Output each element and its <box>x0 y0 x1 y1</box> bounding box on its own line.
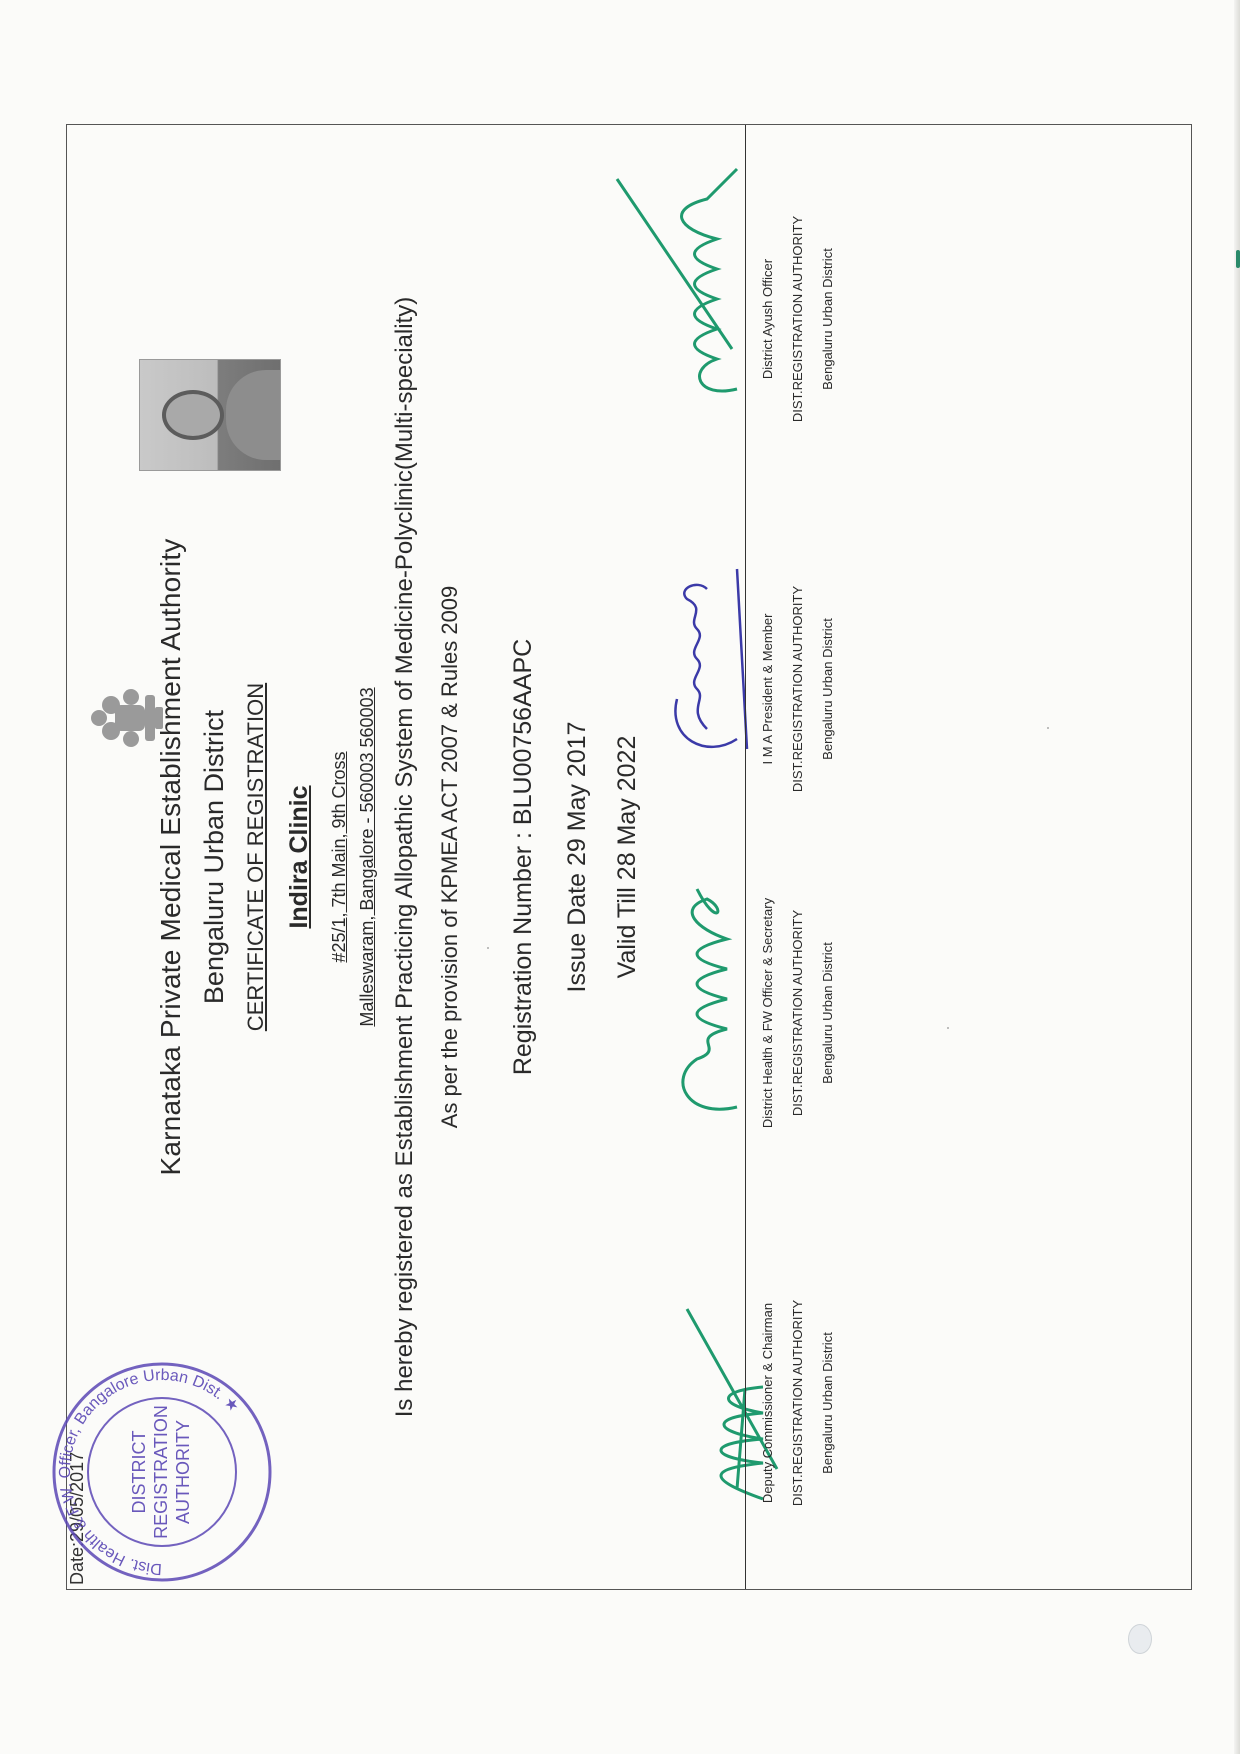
registration-number-label: Registration Number : <box>509 825 537 1075</box>
valid-till-value: 28 May 2022 <box>613 736 641 881</box>
signature-rule <box>745 125 746 1589</box>
establishment-name: Indira Clinic <box>285 125 314 1589</box>
signature-secretary <box>657 859 757 1119</box>
signatory-ima-president: I M A President & Member DIST.REGISTRATI… <box>753 509 843 869</box>
registration-number: Registration Number : BLU00756AAPC <box>509 125 538 1589</box>
district-authority-stamp-icon: Dist. Health & F.W. Officer, Bangalore U… <box>47 1357 277 1587</box>
signatory-role: I M A President & Member <box>753 509 783 869</box>
registration-number-value: BLU00756AAPC <box>509 639 537 825</box>
signature-ima-president <box>647 549 757 769</box>
signatory-district: Bengaluru Urban District <box>813 509 843 869</box>
punch-hole <box>1128 1624 1152 1654</box>
signature-ayush-officer <box>587 149 757 409</box>
signatory-chairman: Deputy Commissioner & Chairman DIST.REGI… <box>753 1223 843 1583</box>
address-line-1: #25/1, 7th Main, 9th Cross <box>329 125 350 1589</box>
svg-text:AUTHORITY: AUTHORITY <box>173 1420 193 1524</box>
signatory-role: Deputy Commissioner & Chairman <box>753 1223 783 1583</box>
signatory-role: District Ayush Officer <box>753 129 783 509</box>
certificate: Karnataka Private Medical Establishment … <box>66 124 1192 1590</box>
address-line-2: Malleswaram, Bangalore - 560003 560003 <box>357 125 378 1589</box>
act-statement: As per the provision of KPMEA ACT 2007 &… <box>437 125 463 1589</box>
signatory-district: Bengaluru Urban District <box>813 129 843 509</box>
signatory-district: Bengaluru Urban District <box>813 1223 843 1583</box>
signatory-role: District Health & FW Officer & Secretary <box>753 833 783 1193</box>
signatory-authority: DIST.REGISTRATION AUTHORITY <box>783 129 813 509</box>
signatory-authority: DIST.REGISTRATION AUTHORITY <box>783 1223 813 1583</box>
edge-mark <box>1236 250 1240 268</box>
valid-till-label: Valid Till <box>613 880 641 978</box>
issue-date-value: 29 May 2017 <box>563 722 591 867</box>
signatory-authority: DIST.REGISTRATION AUTHORITY <box>783 833 813 1193</box>
svg-text:DISTRICT: DISTRICT <box>129 1431 149 1514</box>
signatory-ayush-officer: District Ayush Officer DIST.REGISTRATION… <box>753 129 843 509</box>
registration-statement: Is hereby registered as Establishment Pr… <box>391 125 419 1589</box>
signatory-district: Bengaluru Urban District <box>813 833 843 1193</box>
signatory-secretary: District Health & FW Officer & Secretary… <box>753 833 843 1193</box>
signatory-authority: DIST.REGISTRATION AUTHORITY <box>783 509 813 869</box>
svg-text:REGISTRATION: REGISTRATION <box>151 1405 171 1539</box>
issue-date-label: Issue Date <box>563 866 591 992</box>
